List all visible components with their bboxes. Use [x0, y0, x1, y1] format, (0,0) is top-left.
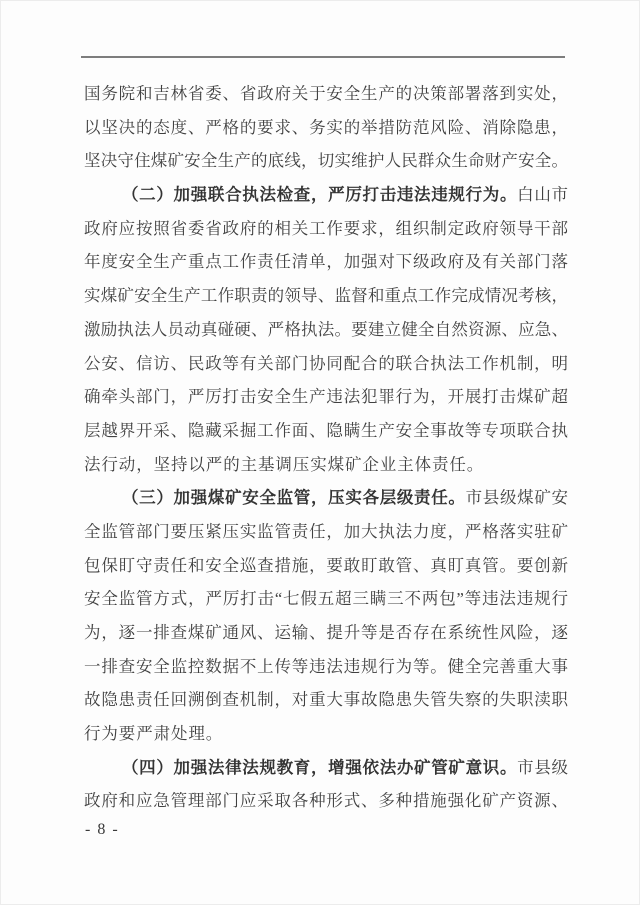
page-number: - 8 - [85, 821, 119, 839]
text-run: 白山市 [517, 185, 568, 204]
text-run: 市县级 [517, 758, 568, 777]
section-heading: （二）加强联合执法检查，严厉打击违法违规行为。 [122, 185, 517, 204]
paragraph-section-2: （二）加强联合执法检查，严厉打击违法违规行为。白山市 政府应按照省委省政府的相关… [84, 178, 568, 481]
text-line: 激励执法人员动真碰硬、严格执法。要建立健全自然资源、应急、 [84, 313, 568, 347]
document-page: 国务院和吉林省委、省政府关于安全生产的决策部署落到实处， 以坚决的态度、严格的要… [0, 0, 640, 905]
text-line: 包保盯守责任和安全巡查措施，要敢盯敢管、真盯真管。要创新 [84, 549, 568, 583]
text-line: 故隐患责任回溯倒查机制，对重大事故隐患失管失察的失职渎职 [84, 683, 568, 717]
text-line: 确牵头部门，严厉打击安全生产违法犯罪行为，开展打击煤矿超 [84, 380, 568, 414]
text-run: 市县级煤矿安 [466, 488, 568, 507]
text-line: 国务院和吉林省委、省政府关于安全生产的决策部署落到实处， [84, 77, 568, 111]
section-heading: （三）加强煤矿安全监管，压实各层级责任。 [122, 488, 466, 507]
text-line: 安全监管方式，严厉打击“七假五超三瞒三不两包”等违法违规行 [84, 582, 568, 616]
text-line: 全监管部门要压紧压实监管责任，加大执法力度，严格落实驻矿 [84, 515, 568, 549]
document-body: 国务院和吉林省委、省政府关于安全生产的决策部署落到实处， 以坚决的态度、严格的要… [84, 77, 568, 818]
text-line: 以坚决的态度、严格的要求、务实的举措防范风险、消除隐患， [84, 111, 568, 145]
header-rule [81, 56, 565, 58]
paragraph-section-4: （四）加强法律法规教育，增强依法办矿管矿意识。市县级 政府和应急管理部门应采取各… [84, 751, 568, 818]
text-line: （三）加强煤矿安全监管，压实各层级责任。市县级煤矿安 [84, 481, 568, 515]
text-line: 坚决守住煤矿安全生产的底线，切实维护人民群众生命财产安全。 [84, 144, 568, 178]
paragraph-section-3: （三）加强煤矿安全监管，压实各层级责任。市县级煤矿安 全监管部门要压紧压实监管责… [84, 481, 568, 751]
text-line: 政府应按照省委省政府的相关工作要求，组织制定政府领导干部 [84, 212, 568, 246]
section-heading: （四）加强法律法规教育，增强依法办矿管矿意识。 [122, 758, 517, 777]
text-line: 行为要严肃处理。 [84, 717, 568, 751]
text-line: 为，逐一排查煤矿通风、运输、提升等是否存在系统性风险，逐 [84, 616, 568, 650]
text-line: 一排查安全监控数据不上传等违法违规行为等。健全完善重大事 [84, 650, 568, 684]
text-line: （四）加强法律法规教育，增强依法办矿管矿意识。市县级 [84, 751, 568, 785]
text-line: 政府和应急管理部门应采取各种形式、多种措施强化矿产资源、 [84, 784, 568, 818]
text-line: 层越界开采、隐藏采掘工作面、隐瞒生产安全事故等专项联合执 [84, 414, 568, 448]
paragraph-continuation: 国务院和吉林省委、省政府关于安全生产的决策部署落到实处， 以坚决的态度、严格的要… [84, 77, 568, 178]
text-line: 法行动，坚持以严的主基调压实煤矿企业主体责任。 [84, 448, 568, 482]
text-line: 公安、信访、民政等有关部门协同配合的联合执法工作机制，明 [84, 347, 568, 381]
text-line: 实煤矿安全生产工作职责的领导、监督和重点工作完成情况考核， [84, 279, 568, 313]
text-line: （二）加强联合执法检查，严厉打击违法违规行为。白山市 [84, 178, 568, 212]
text-line: 年度安全生产重点工作责任清单，加强对下级政府及有关部门落 [84, 245, 568, 279]
